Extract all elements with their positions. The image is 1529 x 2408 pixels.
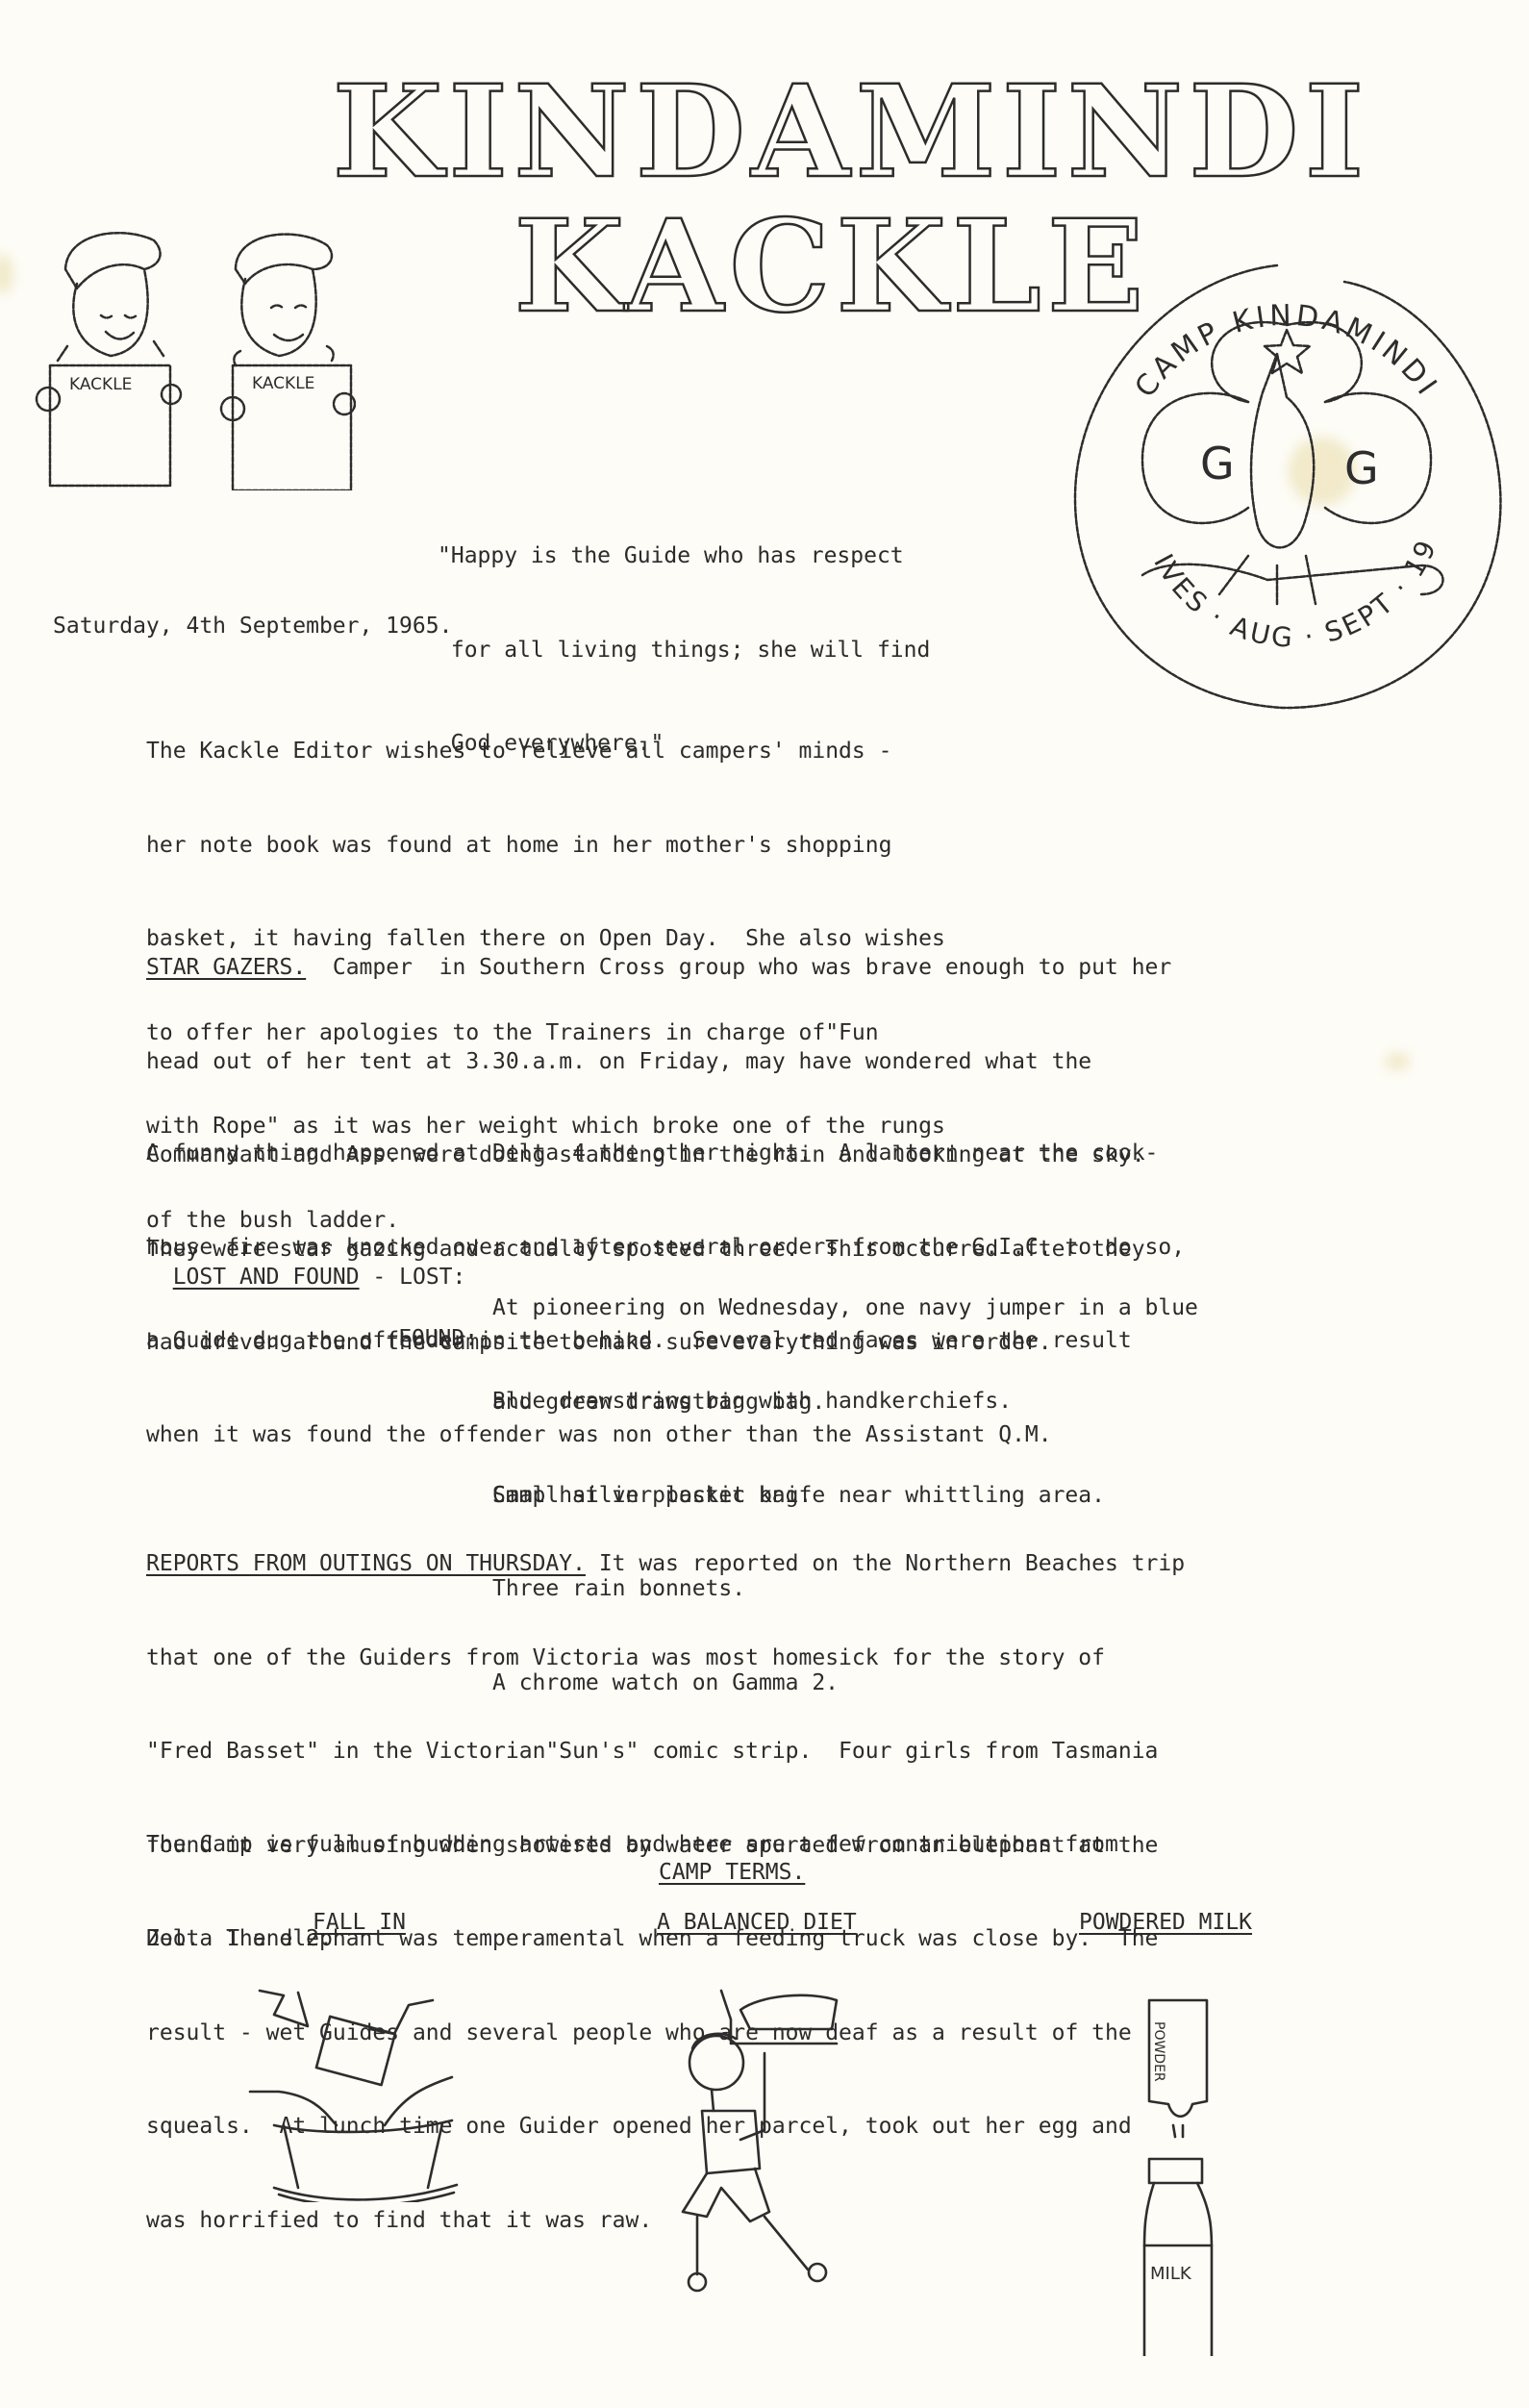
milk-label: MILK — [1150, 2264, 1192, 2284]
list-item: At pioneering on Wednesday, one navy jum… — [492, 1292, 1198, 1324]
dateline: Saturday, 4th September, 1965. — [53, 611, 452, 642]
article-line: "Fred Basset" in the Victorian"Sun's" co… — [146, 1736, 1185, 1768]
found-label: FOUND: — [398, 1323, 478, 1355]
article-line: Camper in Southern Cross group who was b… — [306, 955, 1171, 980]
emblem-letter-left: G — [1200, 438, 1235, 489]
motto-line: for all living things; she will find — [438, 635, 930, 666]
powdered-milk-drawing: POWDER MILK — [1135, 1991, 1250, 2356]
article-artists: The Camp is full of budding artists and … — [146, 1767, 1118, 1986]
camp-terms-heading: CAMP TERMS. — [659, 1857, 805, 1889]
paper-stain — [1385, 1053, 1410, 1070]
article-line: A funny thing happened at Delta 4 the ot… — [146, 1138, 1185, 1169]
article-line: Delta 1 and 2. — [146, 1923, 1118, 1955]
mascot-guides-illustration: KACKLE KACKLE — [19, 212, 356, 490]
article-line: that one of the Guiders from Victoria wa… — [146, 1643, 1185, 1674]
masthead-title-line-1: KINDAMINDI — [87, 58, 1529, 207]
camp-emblem: CAMP KINDAMINDI ST. IVES · AUG · SEPT · … — [1056, 248, 1517, 729]
section-heading-lost-and-found: LOST AND FOUND — [173, 1265, 360, 1290]
list-item: Blue drawstring bag with handkerchiefs. — [492, 1386, 1012, 1417]
guide-mascot-right: KACKLE — [221, 235, 355, 490]
caption-balanced-diet: A BALANCED DIET — [657, 1907, 857, 1939]
emblem-letter-right: G — [1344, 442, 1379, 494]
caption-powdered-milk: POWDERED MILK — [1079, 1907, 1252, 1939]
sign-text-left: KACKLE — [69, 375, 132, 394]
fall-in-drawing — [231, 1981, 481, 2202]
balanced-diet-drawing — [664, 1976, 856, 2303]
sign-text-right: KACKLE — [252, 374, 314, 393]
paper-stain — [0, 255, 13, 293]
section-lost-and-found: LOST AND FOUND - LOST: — [146, 1230, 465, 1292]
section-heading-star-gazers: STAR GAZERS. — [146, 955, 306, 980]
powder-label: POWDER — [1151, 2021, 1166, 2082]
article-line: It was reported on the Northern Beaches … — [586, 1551, 1185, 1576]
caption-fall-in: FALL IN — [313, 1907, 406, 1939]
article-line: The Camp is full of budding artists and … — [146, 1829, 1118, 1861]
lost-label: LOST: — [399, 1265, 465, 1290]
article-line: The Kackle Editor wishes to relieve all … — [146, 736, 945, 767]
article-line: head out of her tent at 3.30.a.m. on Fri… — [146, 1046, 1171, 1078]
section-heading-outings: REPORTS FROM OUTINGS ON THURSDAY. — [146, 1551, 586, 1576]
article-line: her note book was found at home in her m… — [146, 830, 945, 862]
motto-line: "Happy is the Guide who has respect — [438, 540, 930, 572]
heading-dash: - — [360, 1265, 400, 1290]
guide-mascot-left: KACKLE — [37, 233, 181, 486]
emblem-top-text: CAMP KINDAMINDI — [1128, 299, 1444, 404]
